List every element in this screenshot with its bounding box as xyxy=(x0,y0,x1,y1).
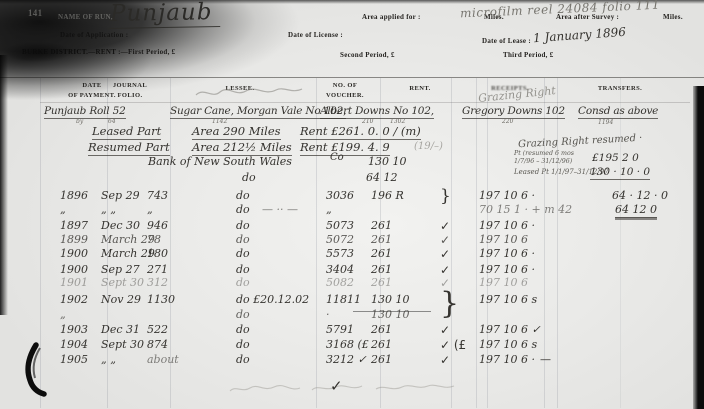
cell-date: Sept 30 xyxy=(101,338,144,351)
cell-lessee: do xyxy=(236,338,250,351)
second-period-label: Second Period, £ xyxy=(340,51,395,59)
date-of-application-label: Date of Application : xyxy=(60,31,128,39)
entry-run-title: Punjaub Roll 52 xyxy=(44,105,126,117)
cell-rent: 261 xyxy=(371,276,392,289)
cell-transfer: 64 12 0 xyxy=(615,203,657,216)
cell-lessee: do xyxy=(236,353,250,366)
col-header-transfers: TRANSFERS. xyxy=(585,84,655,94)
cell-voucher: 11811 xyxy=(326,293,361,306)
leased-part-rent: Rent £261. 0. 0 / (m) xyxy=(300,124,421,138)
cell-rent: 261 xyxy=(371,247,392,260)
cell-lessee: do £20.12.02 xyxy=(236,293,309,306)
resumed-part-area: Area 212½ Miles xyxy=(192,140,292,154)
table-top-rule xyxy=(0,77,704,78)
name-of-run-label: NAME OF RUN, xyxy=(58,13,113,21)
cell-year: „ xyxy=(60,203,66,216)
cell-folio: „ xyxy=(147,203,153,216)
header-bottom-rule xyxy=(40,102,690,103)
cell-folio: 946 xyxy=(147,219,168,232)
cell-date: Sep 27 xyxy=(101,263,140,276)
cell-folio: 743 xyxy=(147,189,168,202)
cell-voucher: 3036 xyxy=(326,189,354,202)
cell-receipt: 197 10 6 xyxy=(479,276,528,289)
leased-part-text: Leased Part xyxy=(92,124,161,140)
entry-albert-text: Albert Downs No 102, xyxy=(320,105,434,119)
entry-albert-downs: Albert Downs No 102, xyxy=(320,105,434,117)
cell-lessee: do xyxy=(236,203,250,216)
cell-receipt: 197 10 6 · xyxy=(479,247,535,260)
cell-year: 1901 xyxy=(60,276,88,289)
cell-rent: 196 R xyxy=(371,189,404,202)
grazing-period-line-2: 1/7/96 – 31/12/96) xyxy=(514,158,574,166)
grazing-resumed-amount-1: £195 2 0 xyxy=(592,152,639,164)
leased-area-text: Area 290 Miles xyxy=(192,124,281,140)
bank-line-voucher: Co xyxy=(330,152,344,163)
payment-row: 1899March 2978do5072261✓197 10 6 xyxy=(0,233,700,248)
cell-voucher: 5082 xyxy=(326,276,354,289)
payment-row: „„ „„do— ·· —„70 15 1 · + m 4264 12 0 xyxy=(0,203,700,218)
cell-folio: 180 xyxy=(147,247,168,260)
cell-year: 1900 xyxy=(60,263,88,276)
scanned-ledger-page: 141 NAME OF RUN, Punjaub microfilm reel … xyxy=(0,0,704,409)
payment-row: „do·130 10 xyxy=(0,308,700,323)
resumed-rent-text: Rent £199. 4. 9 xyxy=(300,140,390,156)
leased-rent-text: Rent £261. 0. 0 / (m) xyxy=(300,124,421,140)
cell-folio: about xyxy=(147,353,179,366)
cell-date: Nov 29 xyxy=(101,293,141,306)
cell-folio: 312 xyxy=(147,276,168,289)
cell-folio: 522 xyxy=(147,323,168,336)
cell-rent: 261 xyxy=(371,353,392,366)
lessee-bank-name: Bank of New South Wales xyxy=(148,155,292,168)
cell-rent: 130 10 xyxy=(371,308,410,321)
grazing-resumed-title: Grazing Right resumed · xyxy=(518,133,643,150)
resumed-part-text: Resumed Part xyxy=(88,140,170,156)
resumed-part-label: Resumed Part xyxy=(88,140,170,154)
cell-rent: 130 10 xyxy=(371,293,410,306)
cell-folio: 1130 xyxy=(147,293,175,306)
lessee-ditto: do xyxy=(242,171,256,184)
cell-folio: 271 xyxy=(147,263,168,276)
cell-receipt: 70 15 1 · + m 42 xyxy=(479,203,572,216)
grazing-leased-amount: 130 · 10 · 0 xyxy=(590,166,650,178)
cell-year: 1904 xyxy=(60,338,88,351)
cell-year: „ xyxy=(60,308,66,321)
cell-transfer: 64 · 12 · 0 xyxy=(612,189,668,202)
cell-date: Dec 30 xyxy=(101,219,140,232)
grazing-period-line-1: Pt (resumed 6 mos xyxy=(514,150,574,158)
cell-receipt: 197 10 6 · xyxy=(479,353,535,366)
faint-pencil-note xyxy=(226,380,466,398)
entry-consd-text: Consd as above xyxy=(578,105,658,119)
cell-voucher: 3404 xyxy=(326,263,354,276)
entry-gregory-downs: Gregory Downs 102 xyxy=(462,105,565,117)
col-header-rent: RENT. xyxy=(390,84,450,94)
entry-run-text: Punjaub Roll 52 xyxy=(44,105,126,119)
cell-rent: 261 xyxy=(371,338,392,351)
cell-lessee: do xyxy=(236,323,250,336)
cell-date: Sept 30 xyxy=(101,276,144,289)
area-applied-label: Area applied for : xyxy=(362,13,421,21)
cell-lessee: do xyxy=(236,219,250,232)
resumed-rent-pencil: (19/–) xyxy=(414,141,443,152)
cell-voucher: 3168 (£ xyxy=(326,338,369,351)
tick-mark: ✓ xyxy=(440,263,450,277)
cell-lessee: do xyxy=(236,247,250,260)
entry-gregory-text: Gregory Downs 102 xyxy=(462,105,565,119)
cell-year: 1897 xyxy=(60,219,88,232)
grazing-leased-amount-text: 130 · 10 · 0 xyxy=(590,166,650,180)
cell-voucher: · xyxy=(326,308,330,321)
cell-year: 1899 xyxy=(60,233,88,246)
grazing-resumed-period-1: Pt (resumed 6 mos 1/7/96 – 31/12/96) xyxy=(514,150,574,166)
cell-receipt: 197 10 6 xyxy=(479,233,528,246)
cell-folio: 874 xyxy=(147,338,168,351)
date-of-license-label: Date of License : xyxy=(288,31,343,39)
date-of-lease-label: Date of Lease : xyxy=(482,37,531,45)
cell-lessee: do xyxy=(236,276,250,289)
cell-rent: 261 xyxy=(371,219,392,232)
leased-part-area: Area 290 Miles xyxy=(192,124,281,138)
cell-year: 1896 xyxy=(60,189,88,202)
do-line-rent: 64 12 xyxy=(366,171,398,184)
cell-receipt: 197 10 6 · xyxy=(479,263,535,276)
cell-note: — ·· — xyxy=(262,203,298,216)
cell-voucher: 3212 ✓ xyxy=(326,353,367,366)
entry-consd-note: Consd as above xyxy=(578,105,658,117)
payment-row: 1904Sept 30874do3168 (£261✓ (£197 10 6 s xyxy=(0,338,700,353)
cell-voucher: 5573 xyxy=(326,247,354,260)
cell-receipt: 197 10 6 s xyxy=(479,293,537,306)
entry-subnote: by xyxy=(76,118,83,125)
cell-receipt: 197 10 6 ✓ xyxy=(479,323,541,336)
cell-date: „ „ xyxy=(101,353,116,366)
entry-subnote: 220 xyxy=(502,118,513,125)
cell-date: „ „ xyxy=(101,203,116,216)
pencil-scrawl xyxy=(192,83,307,103)
footer-check-mark: ✓ xyxy=(330,377,343,395)
cell-rent: 261 xyxy=(371,323,392,336)
cell-year: 1902 xyxy=(60,293,88,306)
dash-mark: — xyxy=(540,353,551,366)
cell-voucher: 5072 xyxy=(326,233,354,246)
tick-mark: ✓ (£ xyxy=(440,338,466,352)
cell-voucher: 5073 xyxy=(326,219,354,232)
cell-lessee: do xyxy=(236,308,250,321)
tick-mark: ✓ xyxy=(440,247,450,261)
tick-mark: ✓ xyxy=(440,353,450,367)
cell-lessee: do xyxy=(236,189,250,202)
payment-row: 1905„ „aboutdo3212 ✓261✓197 10 6 ·— xyxy=(0,353,700,368)
payment-row: 1900March 29180do5573261✓197 10 6 · xyxy=(0,247,700,262)
run-name-handwritten: Punjaub xyxy=(108,0,221,29)
payment-row: 1903Dec 31522do5791261✓197 10 6 ✓ xyxy=(0,323,700,338)
cell-receipt: 197 10 6 · xyxy=(479,189,535,202)
cell-year: 1900 xyxy=(60,247,88,260)
entry-subnote: 1194 xyxy=(598,119,613,126)
cell-year: 1903 xyxy=(60,323,88,336)
tick-mark: ✓ xyxy=(440,219,450,233)
cell-receipt: 197 10 6 s xyxy=(479,338,537,351)
cell-rent: 261 xyxy=(371,263,392,276)
district-rent-label: BURKE DISTRICT.—RENT :—First Period, £ xyxy=(22,48,175,56)
leased-part-label: Leased Part xyxy=(92,124,161,138)
cell-year: 1905 xyxy=(60,353,88,366)
bank-line-rent: 130 10 xyxy=(368,155,407,168)
cell-date: Sep 29 xyxy=(101,189,140,202)
payment-row: 1902Nov 291130do £20.12.0211811130 10}19… xyxy=(0,293,700,308)
date-of-lease-value: 1 January 1896 xyxy=(533,25,627,45)
tick-mark: ✓ xyxy=(440,323,450,337)
cell-receipt: 197 10 6 · xyxy=(479,219,535,232)
page-number: 141 xyxy=(28,8,42,18)
payment-row: 1901Sept 30312do5082261✓197 10 6 xyxy=(0,276,700,291)
cell-voucher: 5791 xyxy=(326,323,354,336)
resumed-area-text: Area 212½ Miles xyxy=(192,140,292,156)
cell-folio: 78 xyxy=(147,233,161,246)
transfer-total-text: 64 12 0 xyxy=(615,203,657,218)
payment-row: 1897Dec 30946do5073261✓197 10 6 · xyxy=(0,219,700,234)
cell-lessee: do xyxy=(236,233,250,246)
cell-rent: 261 xyxy=(371,233,392,246)
cell-lessee: do xyxy=(236,263,250,276)
miles-label-right: Miles. xyxy=(663,13,683,21)
cell-voucher: „ xyxy=(326,203,332,216)
resumed-part-rent: Rent £199. 4. 9 xyxy=(300,140,390,154)
col-header-journal-folio: JOURNAL FOLIO. xyxy=(100,81,160,101)
col-header-no-of-voucher: NO. OF VOUCHER. xyxy=(315,81,375,101)
payment-row: 1896Sep 29743do3036196 R}197 10 6 ·64 · … xyxy=(0,189,700,204)
third-period-label: Third Period, £ xyxy=(503,51,554,59)
cell-date: Dec 31 xyxy=(101,323,140,336)
tick-mark: ✓ xyxy=(440,233,450,247)
